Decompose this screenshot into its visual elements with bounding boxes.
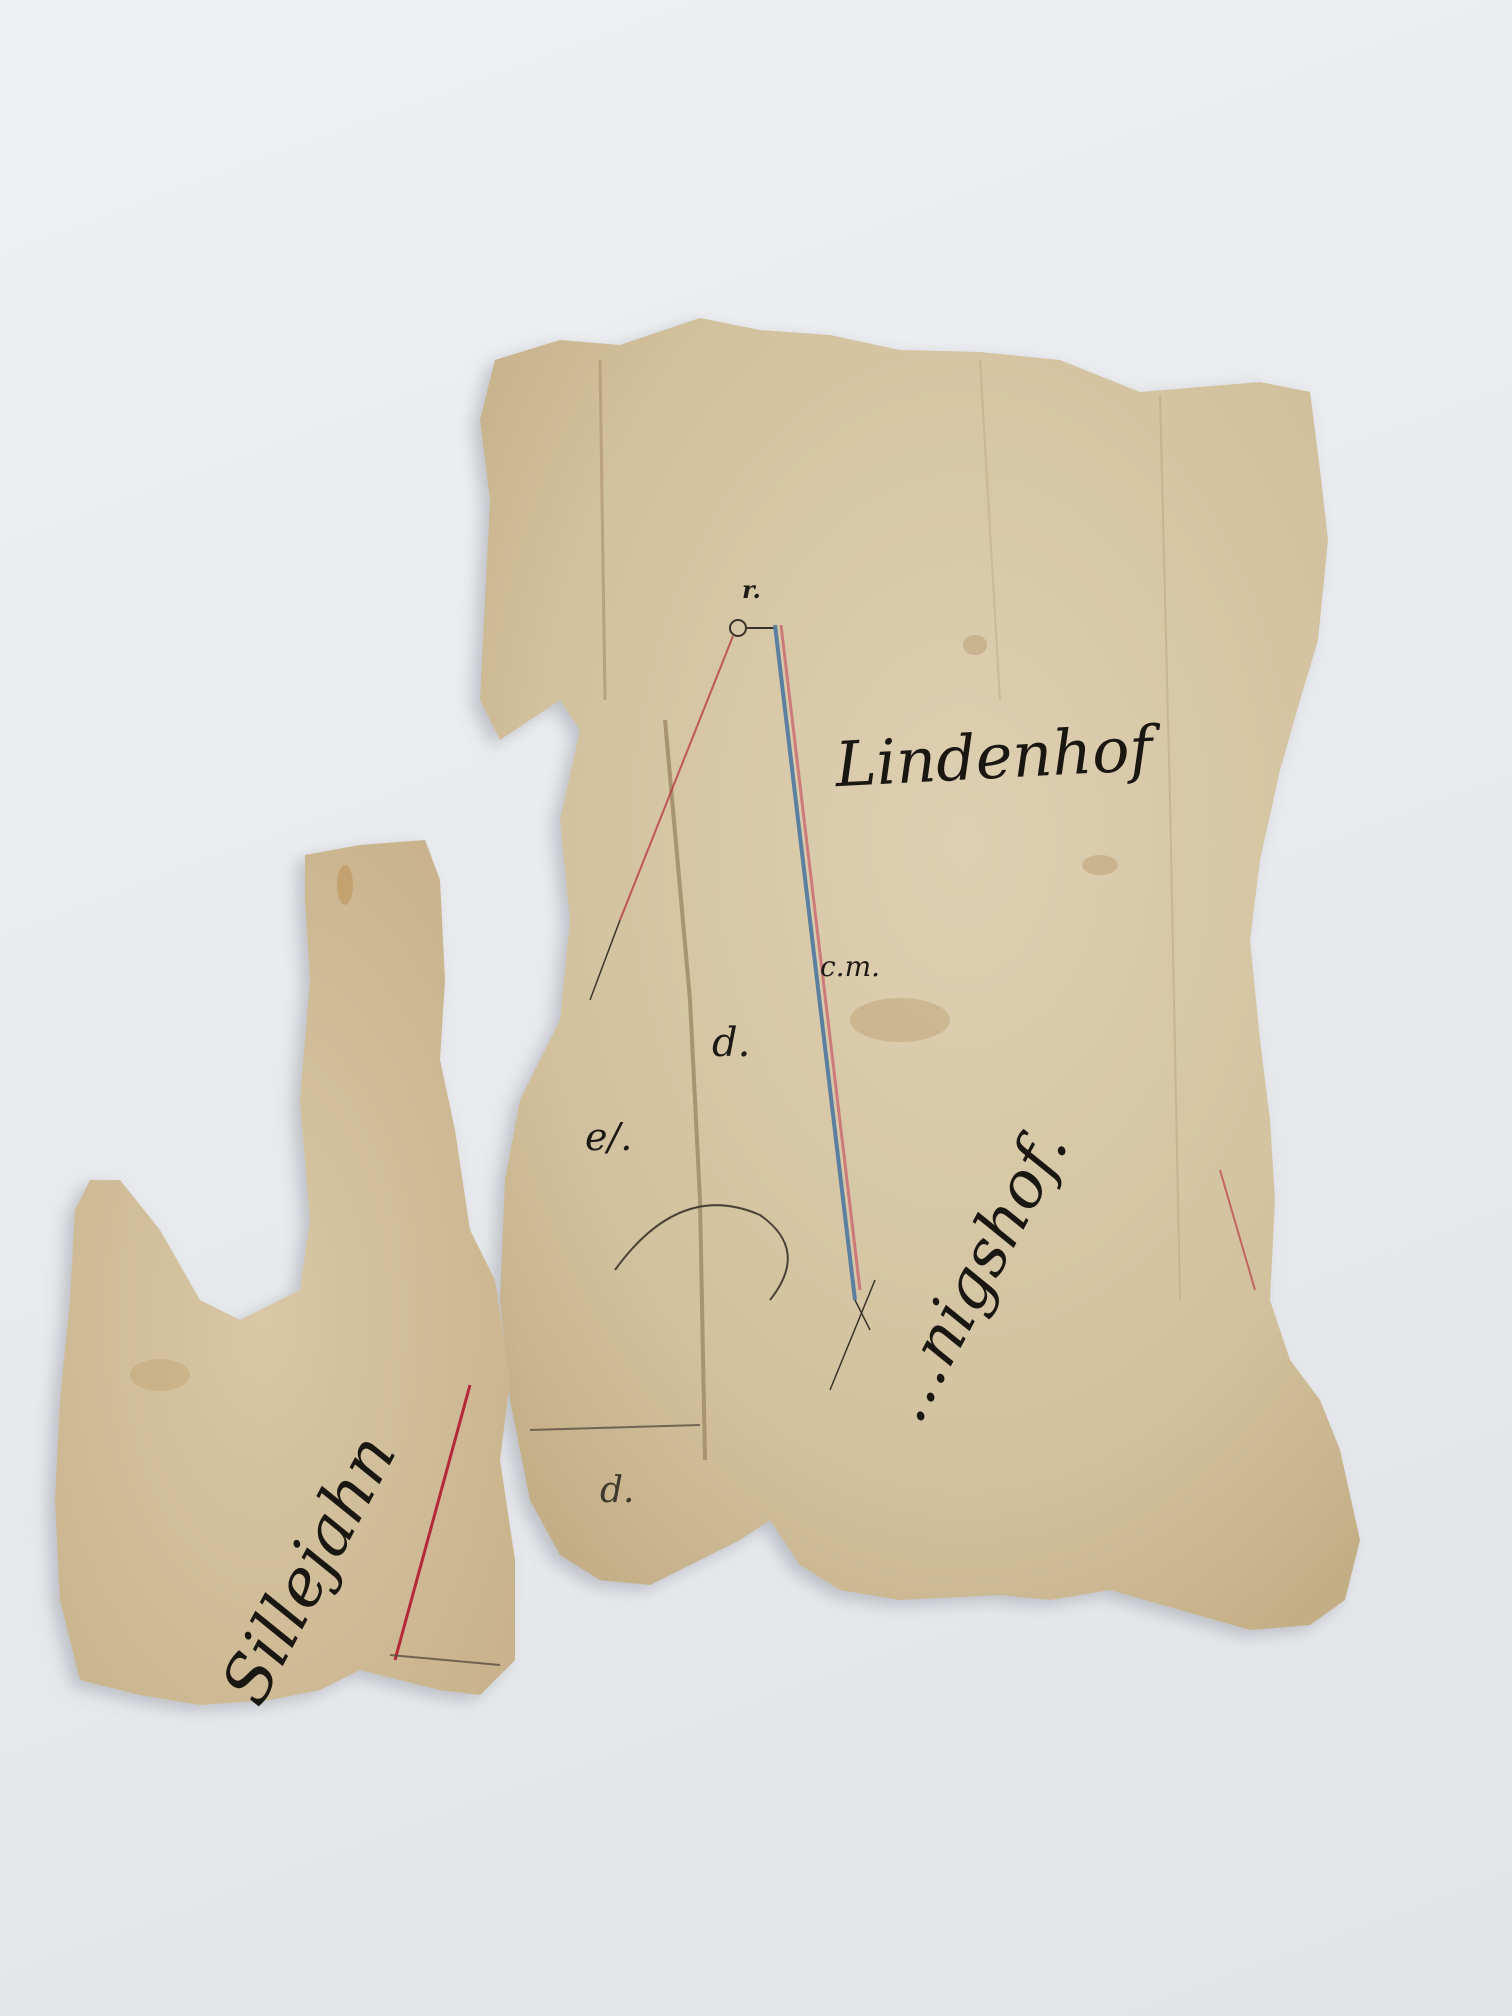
large-paper-fragment xyxy=(480,318,1360,1630)
stain xyxy=(963,635,987,655)
label-cm: c.m. xyxy=(820,950,880,983)
fragments-drawing xyxy=(0,0,1512,2016)
label-e: e/. xyxy=(585,1115,632,1159)
label-r: r. xyxy=(742,575,761,604)
stain xyxy=(850,998,950,1042)
label-bottom-d: d. xyxy=(600,1470,635,1511)
stain xyxy=(337,865,353,905)
stain xyxy=(130,1359,190,1391)
label-d: d. xyxy=(712,1020,750,1066)
stain xyxy=(1082,855,1118,875)
